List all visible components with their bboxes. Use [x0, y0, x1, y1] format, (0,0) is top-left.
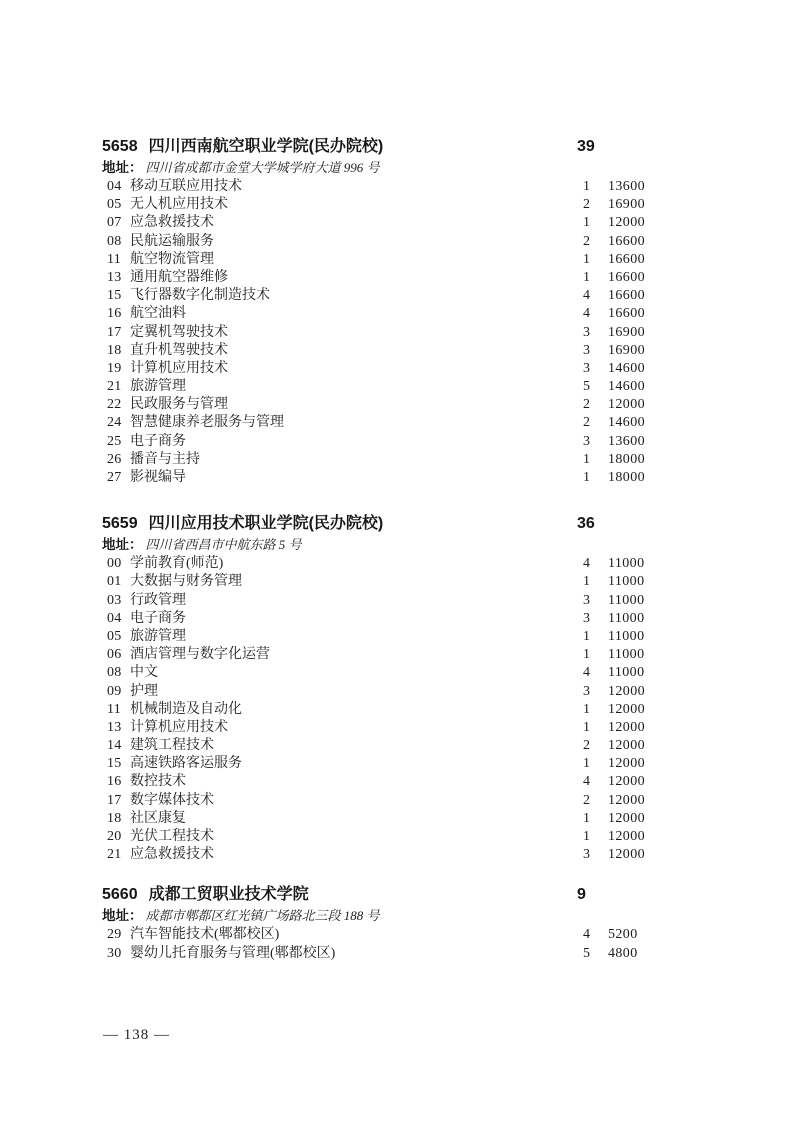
program-count: 2: [560, 196, 590, 214]
program-fee: 11000: [608, 573, 644, 591]
program-count: 5: [560, 945, 590, 963]
program-fee: 12000: [608, 792, 645, 810]
program-count: 4: [560, 555, 590, 573]
program-row: 21 应急救援技术 3 12000: [102, 846, 682, 864]
program-count: 1: [560, 251, 590, 269]
document-page: 5658四川西南航空职业学院(民办院校) 39 地址：四川省成都市金堂大学城学府…: [0, 0, 794, 1123]
program-count: 4: [560, 287, 590, 305]
program-count: 1: [560, 755, 590, 773]
program-count: 2: [560, 737, 590, 755]
program-fee: 16600: [608, 305, 645, 323]
program-row: 04 移动互联应用技术 1 13600: [102, 178, 682, 196]
program-row: 08 中文 4 11000: [102, 664, 682, 682]
program-code: 13: [107, 269, 122, 287]
program-row: 03 行政管理 3 11000: [102, 592, 682, 610]
program-code: 00: [107, 555, 122, 573]
program-count: 1: [560, 214, 590, 232]
program-name: 电子商务: [130, 433, 186, 451]
program-count: 2: [560, 414, 590, 432]
program-name: 应急救援技术: [130, 846, 214, 864]
program-fee: 12000: [608, 683, 645, 701]
program-code: 11: [107, 251, 121, 269]
program-fee: 4800: [608, 945, 638, 963]
program-fee: 16600: [608, 251, 645, 269]
program-row: 13 通用航空器维修 1 16600: [102, 269, 682, 287]
program-code: 11: [107, 701, 121, 719]
program-count: 3: [560, 610, 590, 628]
program-name: 旅游管理: [130, 628, 186, 646]
program-name: 社区康复: [130, 810, 186, 828]
program-code: 17: [107, 324, 122, 342]
program-name: 学前教育(师范): [130, 555, 223, 573]
program-code: 06: [107, 646, 122, 664]
program-fee: 11000: [608, 664, 644, 682]
school-header: 5658四川西南航空职业学院(民办院校) 39: [102, 136, 682, 158]
program-name: 应急救援技术: [130, 214, 214, 232]
program-name: 中文: [130, 664, 158, 682]
program-name: 通用航空器维修: [130, 269, 228, 287]
address-label: 地址：: [102, 537, 143, 552]
program-row: 11 机械制造及自动化 1 12000: [102, 701, 682, 719]
program-fee: 12000: [608, 701, 645, 719]
program-name: 智慧健康养老服务与管理: [130, 414, 284, 432]
program-count: 2: [560, 396, 590, 414]
program-name: 民航运输服务: [130, 233, 214, 251]
address-label: 地址：: [102, 908, 143, 923]
program-name: 无人机应用技术: [130, 196, 228, 214]
program-row: 20 光伏工程技术 1 12000: [102, 828, 682, 846]
program-count: 1: [560, 719, 590, 737]
program-code: 13: [107, 719, 122, 737]
program-code: 15: [107, 755, 122, 773]
program-row: 18 社区康复 1 12000: [102, 810, 682, 828]
program-row: 14 建筑工程技术 2 12000: [102, 737, 682, 755]
program-fee: 12000: [608, 810, 645, 828]
program-code: 01: [107, 573, 122, 591]
program-name: 影视编导: [130, 469, 186, 487]
program-name: 行政管理: [130, 592, 186, 610]
school-section: 5660成都工贸职业技术学院 9 地址：成都市郫都区红光镇广场路北三段 188 …: [102, 884, 682, 962]
program-row: 15 高速铁路客运服务 1 12000: [102, 755, 682, 773]
program-count: 1: [560, 469, 590, 487]
program-code: 17: [107, 792, 122, 810]
program-fee: 12000: [608, 828, 645, 846]
program-code: 30: [107, 945, 122, 963]
program-count: 1: [560, 573, 590, 591]
program-count: 4: [560, 305, 590, 323]
program-code: 16: [107, 773, 122, 791]
school-name: 四川应用技术职业学院(民办院校): [149, 515, 384, 532]
program-count: 1: [560, 828, 590, 846]
school-address-line: 地址：成都市郫都区红光镇广场路北三段 188 号: [102, 906, 682, 926]
program-count: 5: [560, 378, 590, 396]
program-row: 07 应急救援技术 1 12000: [102, 214, 682, 232]
program-name: 数控技术: [130, 773, 186, 791]
program-row: 08 民航运输服务 2 16600: [102, 233, 682, 251]
program-name: 计算机应用技术: [130, 719, 228, 737]
program-name: 航空物流管理: [130, 251, 214, 269]
school-total-count: 9: [577, 884, 586, 906]
school-code: 5660: [102, 886, 138, 903]
program-fee: 13600: [608, 433, 645, 451]
program-name: 旅游管理: [130, 378, 186, 396]
program-count: 1: [560, 269, 590, 287]
program-code: 21: [107, 378, 122, 396]
program-code: 18: [107, 810, 122, 828]
program-name: 机械制造及自动化: [130, 701, 242, 719]
program-name: 大数据与财务管理: [130, 573, 242, 591]
program-row: 22 民政服务与管理 2 12000: [102, 396, 682, 414]
program-name: 定翼机驾驶技术: [130, 324, 228, 342]
program-code: 24: [107, 414, 122, 432]
program-row: 29 汽车智能技术(郫都校区) 4 5200: [102, 926, 682, 944]
school-name: 四川西南航空职业学院(民办院校): [149, 138, 384, 155]
school-total-count: 39: [577, 136, 595, 158]
address-text: 四川省成都市金堂大学城学府大道 996 号: [146, 160, 380, 175]
program-row: 19 计算机应用技术 3 14600: [102, 360, 682, 378]
program-code: 18: [107, 342, 122, 360]
program-fee: 11000: [608, 592, 644, 610]
address-label: 地址：: [102, 160, 143, 175]
program-row: 04 电子商务 3 11000: [102, 610, 682, 628]
program-fee: 12000: [608, 846, 645, 864]
program-code: 08: [107, 664, 122, 682]
program-count: 4: [560, 926, 590, 944]
program-fee: 14600: [608, 378, 645, 396]
school-address-line: 地址：四川省成都市金堂大学城学府大道 996 号: [102, 158, 682, 178]
program-fee: 16600: [608, 233, 645, 251]
program-code: 03: [107, 592, 122, 610]
program-row: 06 酒店管理与数字化运营 1 11000: [102, 646, 682, 664]
program-row: 00 学前教育(师范) 4 11000: [102, 555, 682, 573]
program-name: 播音与主持: [130, 451, 200, 469]
program-row: 25 电子商务 3 13600: [102, 433, 682, 451]
program-code: 21: [107, 846, 122, 864]
program-row: 15 飞行器数字化制造技术 4 16600: [102, 287, 682, 305]
program-code: 04: [107, 610, 122, 628]
program-row: 05 无人机应用技术 2 16900: [102, 196, 682, 214]
program-count: 3: [560, 592, 590, 610]
program-count: 3: [560, 360, 590, 378]
program-code: 08: [107, 233, 122, 251]
program-code: 05: [107, 196, 122, 214]
program-name: 高速铁路客运服务: [130, 755, 242, 773]
program-code: 16: [107, 305, 122, 323]
program-name: 飞行器数字化制造技术: [130, 287, 270, 305]
program-row: 18 直升机驾驶技术 3 16900: [102, 342, 682, 360]
program-name: 建筑工程技术: [130, 737, 214, 755]
program-code: 25: [107, 433, 122, 451]
program-row: 05 旅游管理 1 11000: [102, 628, 682, 646]
program-name: 航空油料: [130, 305, 186, 323]
program-code: 09: [107, 683, 122, 701]
program-count: 3: [560, 846, 590, 864]
school-code: 5659: [102, 515, 138, 532]
program-name: 电子商务: [130, 610, 186, 628]
program-fee: 14600: [608, 414, 645, 432]
program-code: 07: [107, 214, 122, 232]
program-count: 3: [560, 342, 590, 360]
program-fee: 11000: [608, 555, 644, 573]
program-row: 27 影视编导 1 18000: [102, 469, 682, 487]
program-name: 光伏工程技术: [130, 828, 214, 846]
program-code: 20: [107, 828, 122, 846]
program-row: 16 航空油料 4 16600: [102, 305, 682, 323]
program-fee: 18000: [608, 451, 645, 469]
program-fee: 12000: [608, 396, 645, 414]
program-row: 09 护理 3 12000: [102, 683, 682, 701]
program-name: 民政服务与管理: [130, 396, 228, 414]
program-count: 1: [560, 810, 590, 828]
program-fee: 16900: [608, 342, 645, 360]
school-name: 成都工贸职业技术学院: [149, 886, 309, 903]
program-code: 19: [107, 360, 122, 378]
program-name: 酒店管理与数字化运营: [130, 646, 270, 664]
program-count: 3: [560, 683, 590, 701]
program-count: 4: [560, 664, 590, 682]
program-count: 3: [560, 324, 590, 342]
program-code: 14: [107, 737, 122, 755]
program-name: 汽车智能技术(郫都校区): [130, 926, 279, 944]
program-fee: 12000: [608, 773, 645, 791]
program-code: 27: [107, 469, 122, 487]
program-fee: 11000: [608, 628, 644, 646]
program-fee: 12000: [608, 755, 645, 773]
program-count: 1: [560, 451, 590, 469]
program-row: 17 定翼机驾驶技术 3 16900: [102, 324, 682, 342]
page-number: — 138 —: [103, 1026, 170, 1044]
program-fee: 11000: [608, 610, 644, 628]
school-total-count: 36: [577, 513, 595, 535]
address-text: 四川省西昌市中航东路 5 号: [146, 537, 302, 552]
program-fee: 13600: [608, 178, 645, 196]
school-header: 5659四川应用技术职业学院(民办院校) 36: [102, 513, 682, 535]
sections-container: 5658四川西南航空职业学院(民办院校) 39 地址：四川省成都市金堂大学城学府…: [102, 0, 682, 963]
program-name: 数字媒体技术: [130, 792, 214, 810]
program-fee: 16900: [608, 196, 645, 214]
school-code: 5658: [102, 138, 138, 155]
school-section: 5659四川应用技术职业学院(民办院校) 36 地址：四川省西昌市中航东路 5 …: [102, 513, 682, 864]
program-count: 4: [560, 773, 590, 791]
program-count: 1: [560, 628, 590, 646]
program-fee: 5200: [608, 926, 638, 944]
program-fee: 12000: [608, 214, 645, 232]
program-list: 00 学前教育(师范) 4 11000 01 大数据与财务管理 1 11000 …: [102, 555, 682, 864]
program-code: 29: [107, 926, 122, 944]
program-count: 2: [560, 233, 590, 251]
program-count: 1: [560, 178, 590, 196]
program-fee: 14600: [608, 360, 645, 378]
program-list: 04 移动互联应用技术 1 13600 05 无人机应用技术 2 16900 0…: [102, 178, 682, 487]
program-count: 3: [560, 433, 590, 451]
program-row: 01 大数据与财务管理 1 11000: [102, 573, 682, 591]
school-section: 5658四川西南航空职业学院(民办院校) 39 地址：四川省成都市金堂大学城学府…: [102, 136, 682, 487]
program-name: 移动互联应用技术: [130, 178, 242, 196]
program-row: 16 数控技术 4 12000: [102, 773, 682, 791]
program-code: 15: [107, 287, 122, 305]
program-row: 13 计算机应用技术 1 12000: [102, 719, 682, 737]
program-name: 计算机应用技术: [130, 360, 228, 378]
program-row: 17 数字媒体技术 2 12000: [102, 792, 682, 810]
program-code: 04: [107, 178, 122, 196]
program-row: 11 航空物流管理 1 16600: [102, 251, 682, 269]
school-address-line: 地址：四川省西昌市中航东路 5 号: [102, 535, 682, 555]
program-row: 21 旅游管理 5 14600: [102, 378, 682, 396]
program-row: 30 婴幼儿托育服务与管理(郫都校区) 5 4800: [102, 945, 682, 963]
program-fee: 16600: [608, 269, 645, 287]
program-name: 直升机驾驶技术: [130, 342, 228, 360]
address-text: 成都市郫都区红光镇广场路北三段 188 号: [146, 908, 380, 923]
program-list: 29 汽车智能技术(郫都校区) 4 5200 30 婴幼儿托育服务与管理(郫都校…: [102, 926, 682, 962]
program-fee: 12000: [608, 737, 645, 755]
program-count: 1: [560, 701, 590, 719]
program-code: 26: [107, 451, 122, 469]
school-header: 5660成都工贸职业技术学院 9: [102, 884, 682, 906]
program-code: 22: [107, 396, 122, 414]
program-fee: 18000: [608, 469, 645, 487]
program-fee: 11000: [608, 646, 644, 664]
program-fee: 16900: [608, 324, 645, 342]
program-row: 26 播音与主持 1 18000: [102, 451, 682, 469]
program-count: 2: [560, 792, 590, 810]
program-name: 护理: [130, 683, 158, 701]
program-code: 05: [107, 628, 122, 646]
program-fee: 12000: [608, 719, 645, 737]
program-fee: 16600: [608, 287, 645, 305]
program-row: 24 智慧健康养老服务与管理 2 14600: [102, 414, 682, 432]
program-name: 婴幼儿托育服务与管理(郫都校区): [130, 945, 335, 963]
program-count: 1: [560, 646, 590, 664]
